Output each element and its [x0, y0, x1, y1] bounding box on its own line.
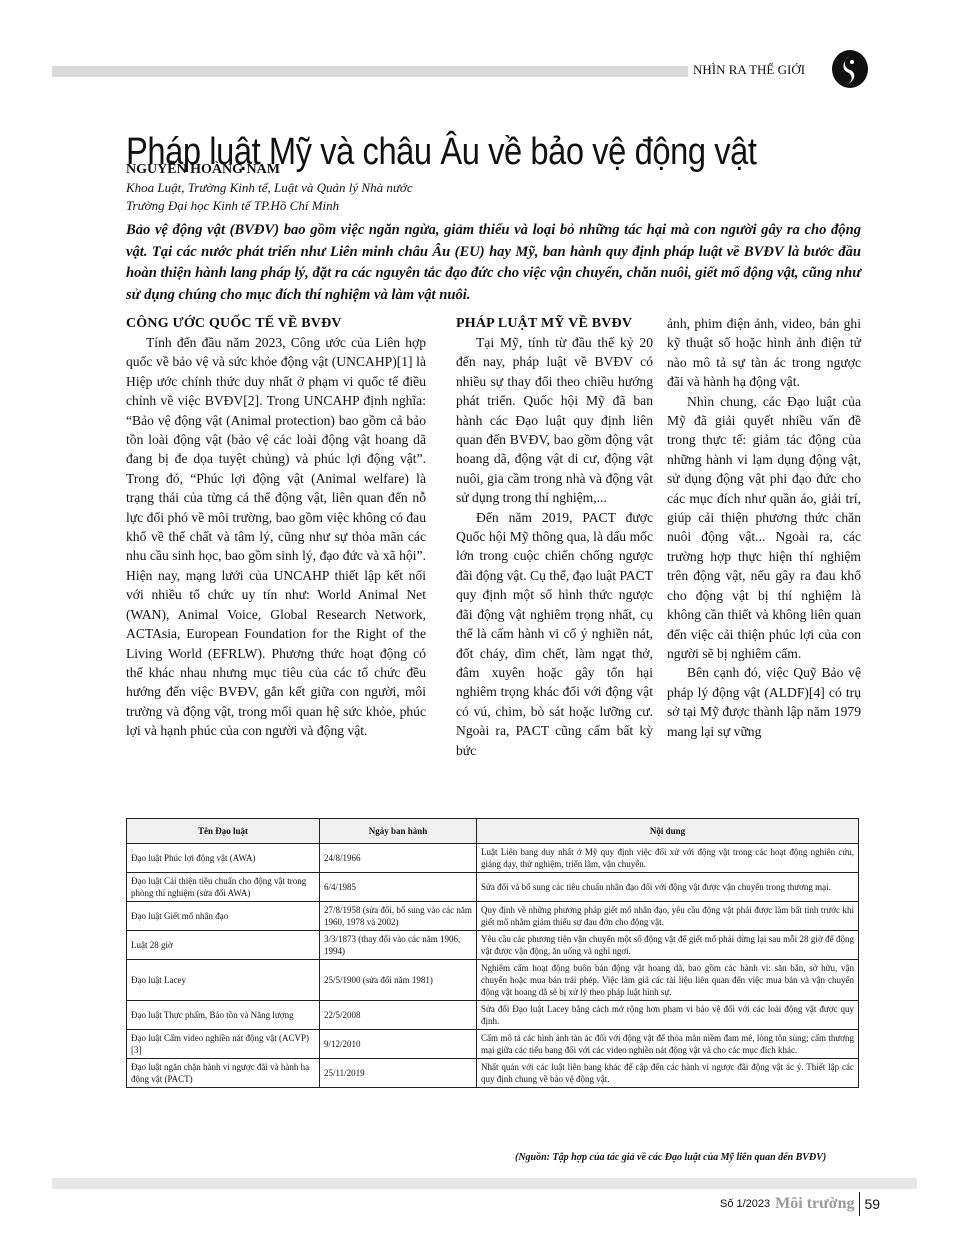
law-name: Đạo luật Phúc lợi động vật (AWA): [127, 844, 320, 873]
law-content: Sửa đổi và bổ sung các tiêu chuẩn nhân đ…: [477, 873, 859, 902]
law-date: 6/4/1985: [320, 873, 477, 902]
footer-divider: [859, 1192, 860, 1216]
paragraph: Nhìn chung, các Đạo luật của Mỹ đã giải …: [667, 392, 861, 664]
law-date: 27/8/1958 (sửa đổi, bổ sung vào các năm …: [320, 902, 477, 931]
law-date: 24/8/1966: [320, 844, 477, 873]
law-content: Quy định về những phương pháp giết mổ nh…: [477, 902, 859, 931]
table-row: Đạo luật Giết mổ nhân đạo 27/8/1958 (sửa…: [127, 902, 859, 931]
section-label: NHÌN RA THẾ GIỚI: [693, 62, 805, 78]
page-footer: Số 1/2023 Môi trường 59: [720, 1192, 880, 1216]
law-name: Đạo luật Cấm video nghiền nát động vật (…: [127, 1030, 320, 1059]
table-row: Đạo luật Thực phẩm, Bảo tồn và Năng lượn…: [127, 1001, 859, 1030]
paragraph: Tại Mỹ, tính từ đầu thế kỷ 20 đến nay, p…: [456, 333, 653, 508]
law-date: 3/3/1873 (thay đổi vào các năm 1906, 199…: [320, 931, 477, 960]
section-heading: PHÁP LUẬT MỸ VỀ BVĐV: [456, 314, 653, 333]
table-header-row: Tên Đạo luật Ngày ban hành Nội dung: [127, 819, 859, 844]
law-date: 25/5/1900 (sửa đổi năm 1981): [320, 960, 477, 1001]
column-1: CÔNG ƯỚC QUỐC TẾ VỀ BVĐV Tính đến đầu nă…: [126, 314, 426, 741]
paragraph: Đến năm 2019, PACT được Quốc hội Mỹ thôn…: [456, 508, 653, 760]
page-number: 59: [865, 1196, 881, 1212]
author-affiliation-1: Khoa Luật, Trường Kinh tế, Luật và Quản …: [126, 180, 413, 196]
header-rule: [52, 66, 688, 77]
paragraph: Bên cạnh đó, việc Quỹ Bảo vệ pháp lý độn…: [667, 663, 861, 741]
article-lead: Bảo vệ động vật (BVĐV) bao gồm việc ngăn…: [126, 220, 861, 306]
law-date: 22/5/2008: [320, 1001, 477, 1030]
table-row: Đạo luật Lacey 25/5/1900 (sửa đổi năm 19…: [127, 960, 859, 1001]
column-2: PHÁP LUẬT MỸ VỀ BVĐV Tại Mỹ, tính từ đầu…: [456, 314, 653, 760]
law-content: Luật Liên bang duy nhất ở Mỹ quy định vi…: [477, 844, 859, 873]
law-content: Yêu cầu các phương tiện vận chuyển một s…: [477, 931, 859, 960]
section-heading: CÔNG ƯỚC QUỐC TẾ VỀ BVĐV: [126, 314, 426, 333]
laws-table: Tên Đạo luật Ngày ban hành Nội dung Đạo …: [126, 818, 859, 1088]
law-content: Nghiêm cấm hoạt động buôn bán động vật h…: [477, 960, 859, 1001]
column-header-law-name: Tên Đạo luật: [127, 819, 320, 844]
law-name: Luật 28 giờ: [127, 931, 320, 960]
author-name: NGUYỄN HOÀNG NAM: [126, 162, 280, 178]
law-content: Nhất quán với các luật liên bang khác để…: [477, 1059, 859, 1088]
law-date: 9/12/2010: [320, 1030, 477, 1059]
author-affiliation-2: Trường Đại học Kinh tế TP.Hồ Chí Minh: [126, 198, 339, 214]
law-name: Đạo luật Cải thiện tiêu chuẩn cho động v…: [127, 873, 320, 902]
column-header-content: Nội dung: [477, 819, 859, 844]
issue-number: Số 1/2023: [720, 1198, 770, 1210]
table-row: Đạo luật Phúc lợi động vật (AWA) 24/8/19…: [127, 844, 859, 873]
law-name: Đạo luật Thực phẩm, Bảo tồn và Năng lượn…: [127, 1001, 320, 1030]
magazine-name: Môi trường: [775, 1195, 854, 1213]
table-source-note: (Nguồn: Tập hợp của tác giả về các Đạo l…: [515, 1152, 826, 1163]
law-name: Đạo luật Lacey: [127, 960, 320, 1001]
footer-rule: [52, 1178, 917, 1189]
table-row: Đạo luật Cải thiện tiêu chuẩn cho động v…: [127, 873, 859, 902]
table-row: Luật 28 giờ 3/3/1873 (thay đổi vào các n…: [127, 931, 859, 960]
law-name: Đạo luật ngăn chặn hành vi ngược đãi và …: [127, 1059, 320, 1088]
law-date: 25/11/2019: [320, 1059, 477, 1088]
magazine-logo-icon: [832, 50, 868, 88]
table-row: Đạo luật Cấm video nghiền nát động vật (…: [127, 1030, 859, 1059]
paragraph: Tính đến đầu năm 2023, Công ước của Liên…: [126, 333, 426, 741]
law-content: Sửa đổi Đạo luật Lacey bằng cách mở rộng…: [477, 1001, 859, 1030]
law-content: Cấm mô tả các hình ảnh tàn ác đối với độ…: [477, 1030, 859, 1059]
table-row: Đạo luật ngăn chặn hành vi ngược đãi và …: [127, 1059, 859, 1088]
column-header-date: Ngày ban hành: [320, 819, 477, 844]
paragraph: ảnh, phim điện ảnh, video, bản ghi kỹ th…: [667, 314, 861, 392]
column-3: ảnh, phim điện ảnh, video, bản ghi kỹ th…: [667, 314, 861, 741]
law-name: Đạo luật Giết mổ nhân đạo: [127, 902, 320, 931]
